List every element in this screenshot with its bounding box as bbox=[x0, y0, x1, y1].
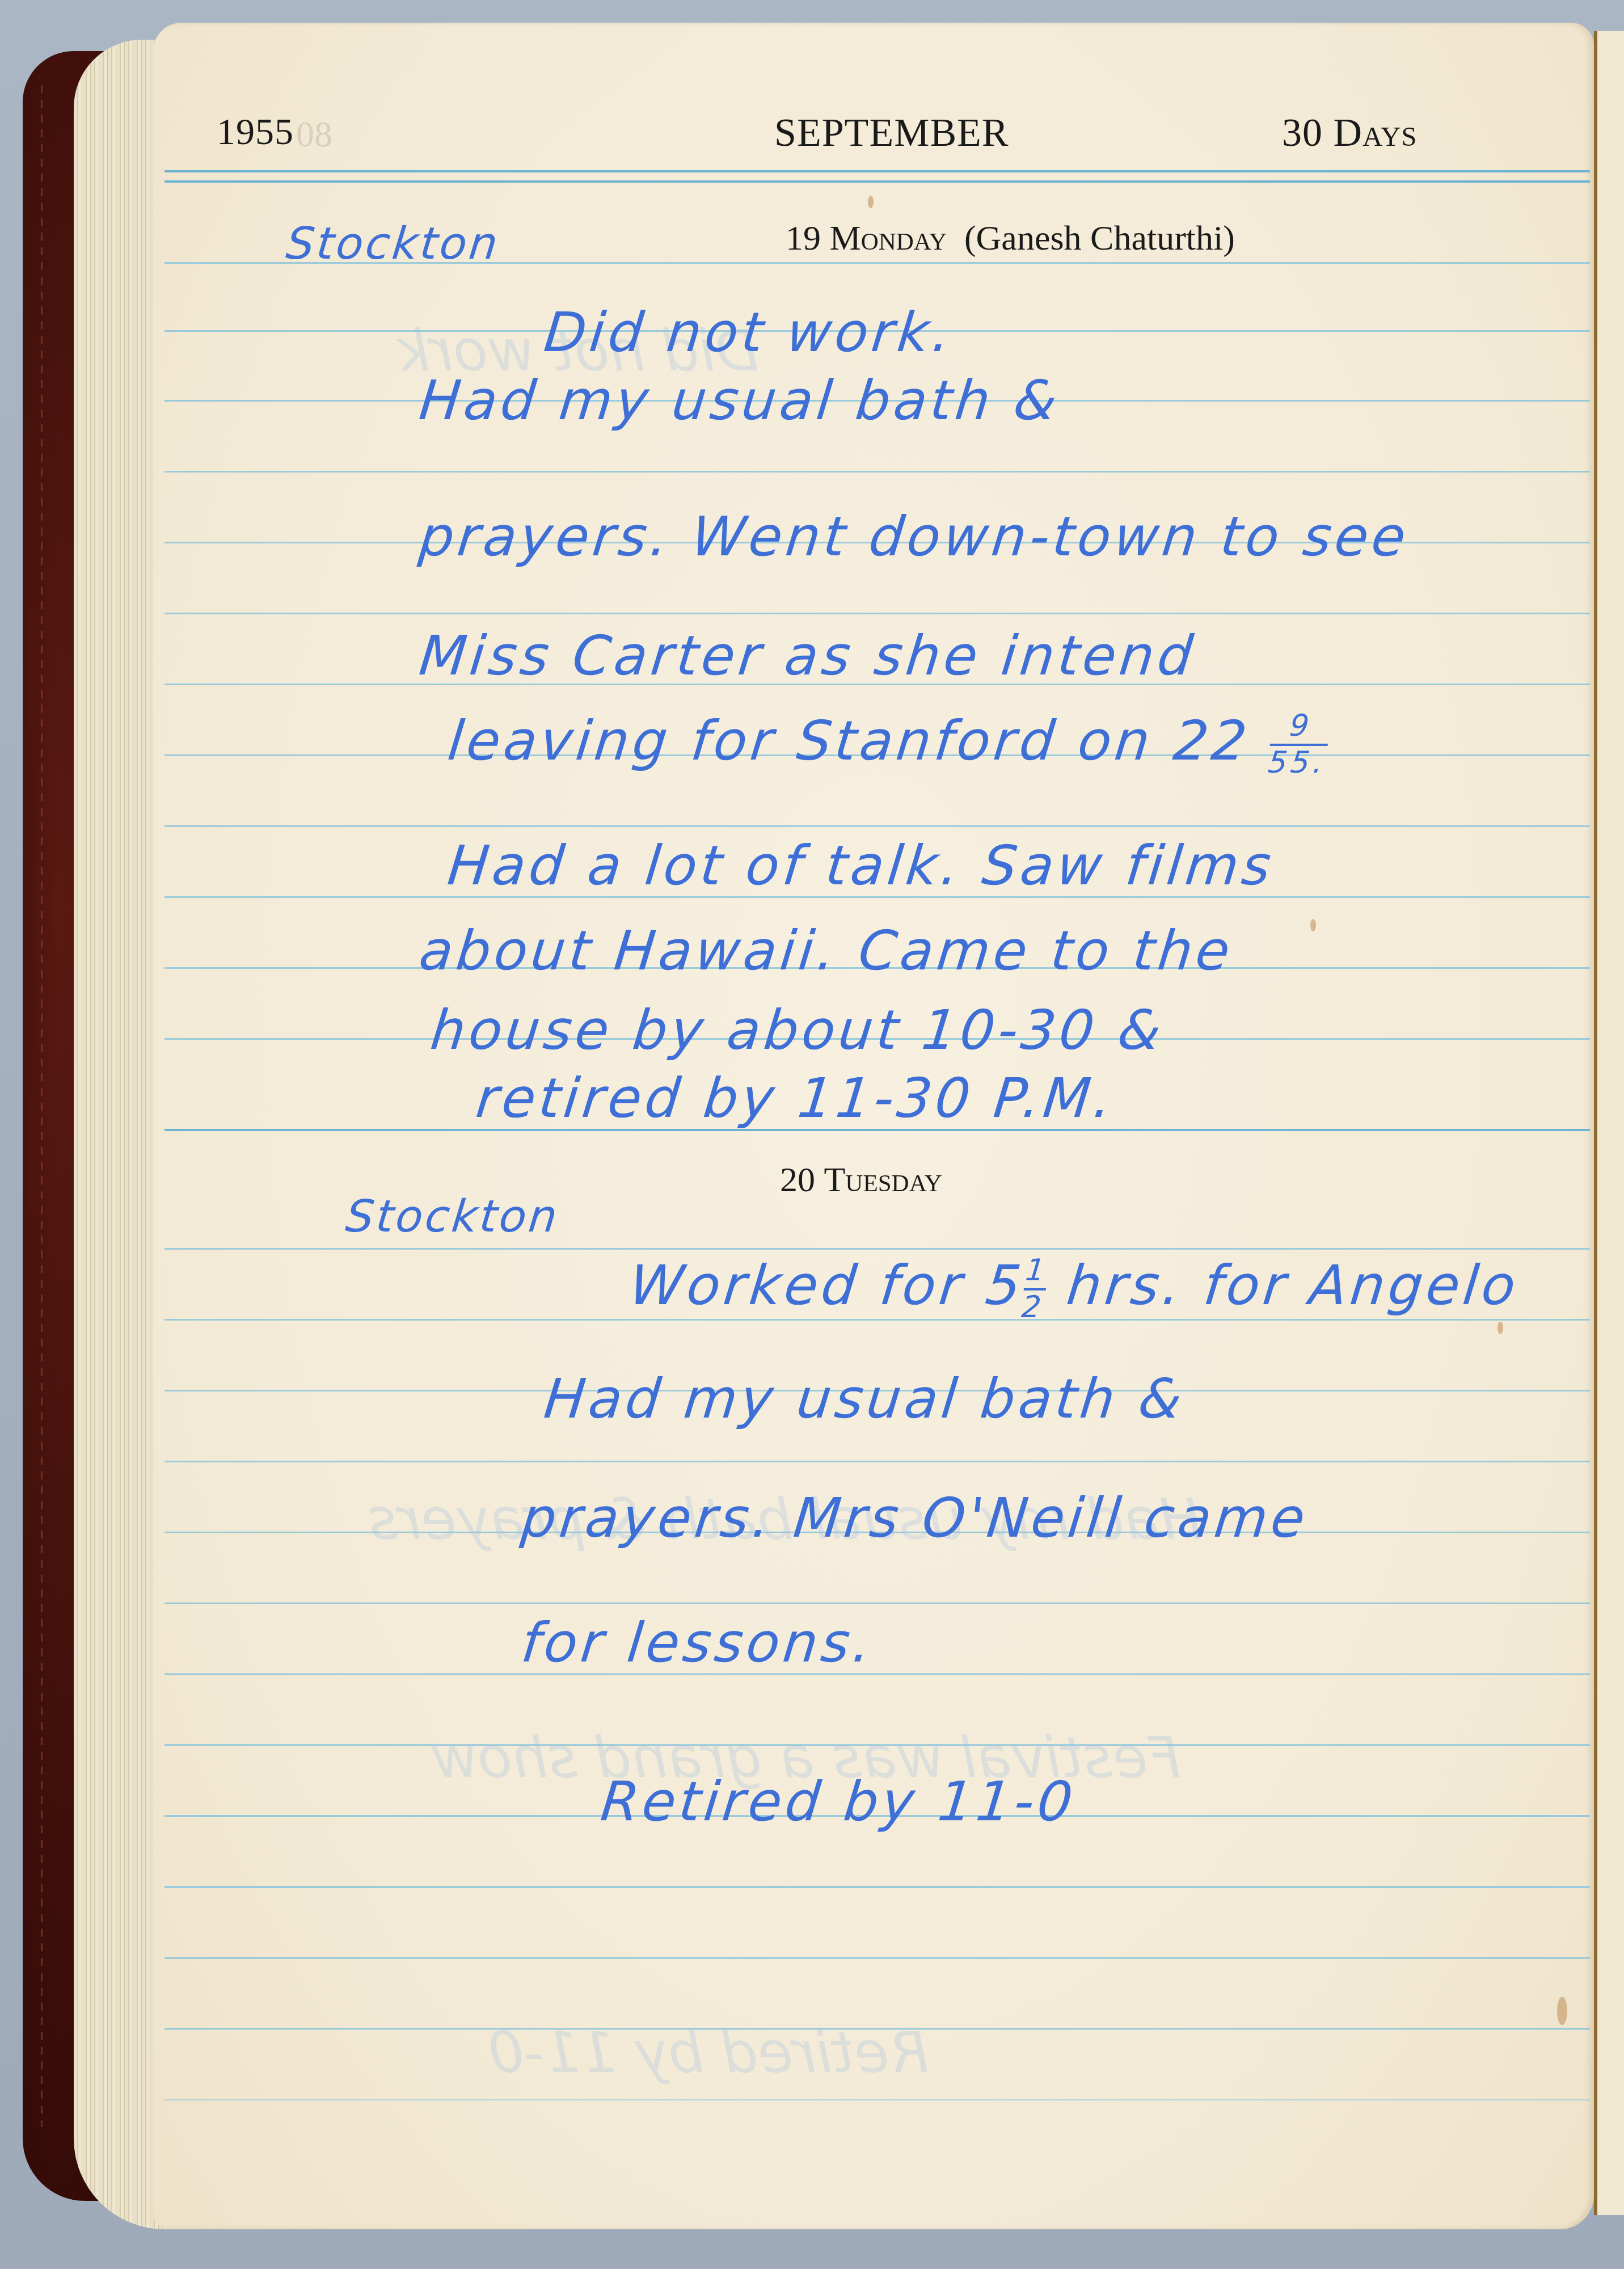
entry-line: house by about 10-30 & bbox=[428, 998, 1167, 1062]
entry-line: Miss Carter as she intend bbox=[416, 624, 1199, 688]
header-rule-bottom bbox=[164, 180, 1590, 183]
foxing-spot bbox=[1557, 1997, 1567, 2025]
entry-line: Did not work. bbox=[541, 301, 956, 364]
ruled-line bbox=[164, 1673, 1590, 1675]
entry-line-text: leaving for Stanford on 22 bbox=[445, 709, 1254, 773]
bleed-through-text: Retired by 11-0 bbox=[488, 2019, 929, 2086]
days-count: 30 bbox=[1282, 111, 1323, 155]
month-label: SEPTEMBER bbox=[774, 111, 1009, 156]
ruled-line bbox=[164, 1248, 1590, 1250]
days-in-month-label: 30 Days bbox=[1282, 111, 1418, 156]
entry-line: for lessons. bbox=[518, 1611, 877, 1675]
location-note: Stockton bbox=[343, 1191, 562, 1242]
ruled-line bbox=[164, 2099, 1590, 2101]
location-note: Stockton bbox=[284, 218, 502, 269]
ruled-line bbox=[164, 1602, 1590, 1604]
entry-line: Had my usual bath & bbox=[416, 369, 1063, 432]
ruled-line bbox=[164, 1886, 1590, 1888]
weekday: Tuesday bbox=[824, 1161, 942, 1199]
entry-line: leaving for Stanford on 22 9 55. bbox=[445, 709, 1332, 778]
date-number: 19 bbox=[786, 219, 821, 258]
entry-line: Had my usual bath & bbox=[541, 1367, 1188, 1431]
cover-stitching bbox=[41, 85, 43, 2127]
date-number: 20 bbox=[780, 1161, 815, 1199]
ghost-year-imprint: 08 bbox=[296, 113, 332, 155]
ruled-line bbox=[164, 613, 1590, 614]
ruled-line bbox=[164, 825, 1590, 827]
foxing-spot bbox=[1310, 919, 1316, 931]
ruled-line bbox=[164, 1461, 1590, 1462]
entry-line: about Hawaii. Came to the bbox=[416, 919, 1236, 982]
entry-line: prayers. Went down-town to see bbox=[416, 505, 1412, 568]
entry-line: Worked for 5 1 2 hrs. for Angelo bbox=[626, 1254, 1522, 1322]
weekday: Monday bbox=[830, 219, 947, 258]
foxing-spot bbox=[1498, 1322, 1503, 1334]
year-label: 1955 bbox=[217, 111, 294, 154]
day-heading-tuesday: 20 Tuesday bbox=[780, 1160, 942, 1200]
date-fraction: 9 55. bbox=[1267, 711, 1331, 778]
day-heading-monday: 19 Monday (Ganesh Chaturthi) bbox=[786, 218, 1235, 259]
foxing-spot bbox=[868, 196, 874, 208]
entry-line: Retired by 11-0 bbox=[598, 1770, 1079, 1833]
facing-page-edge bbox=[1594, 31, 1624, 2215]
header-rule-top bbox=[164, 170, 1590, 172]
holiday-note: (Ganesh Chaturthi) bbox=[964, 219, 1235, 258]
entry-line: prayers. Mrs O'Neill came bbox=[518, 1486, 1311, 1550]
entry-line: Had a lot of talk. Saw films bbox=[445, 834, 1277, 897]
ruled-line bbox=[164, 1957, 1590, 1959]
days-word: Days bbox=[1334, 111, 1418, 155]
entry-line: retired by 11-30 P.M. bbox=[473, 1066, 1118, 1130]
ruled-line bbox=[164, 471, 1590, 473]
